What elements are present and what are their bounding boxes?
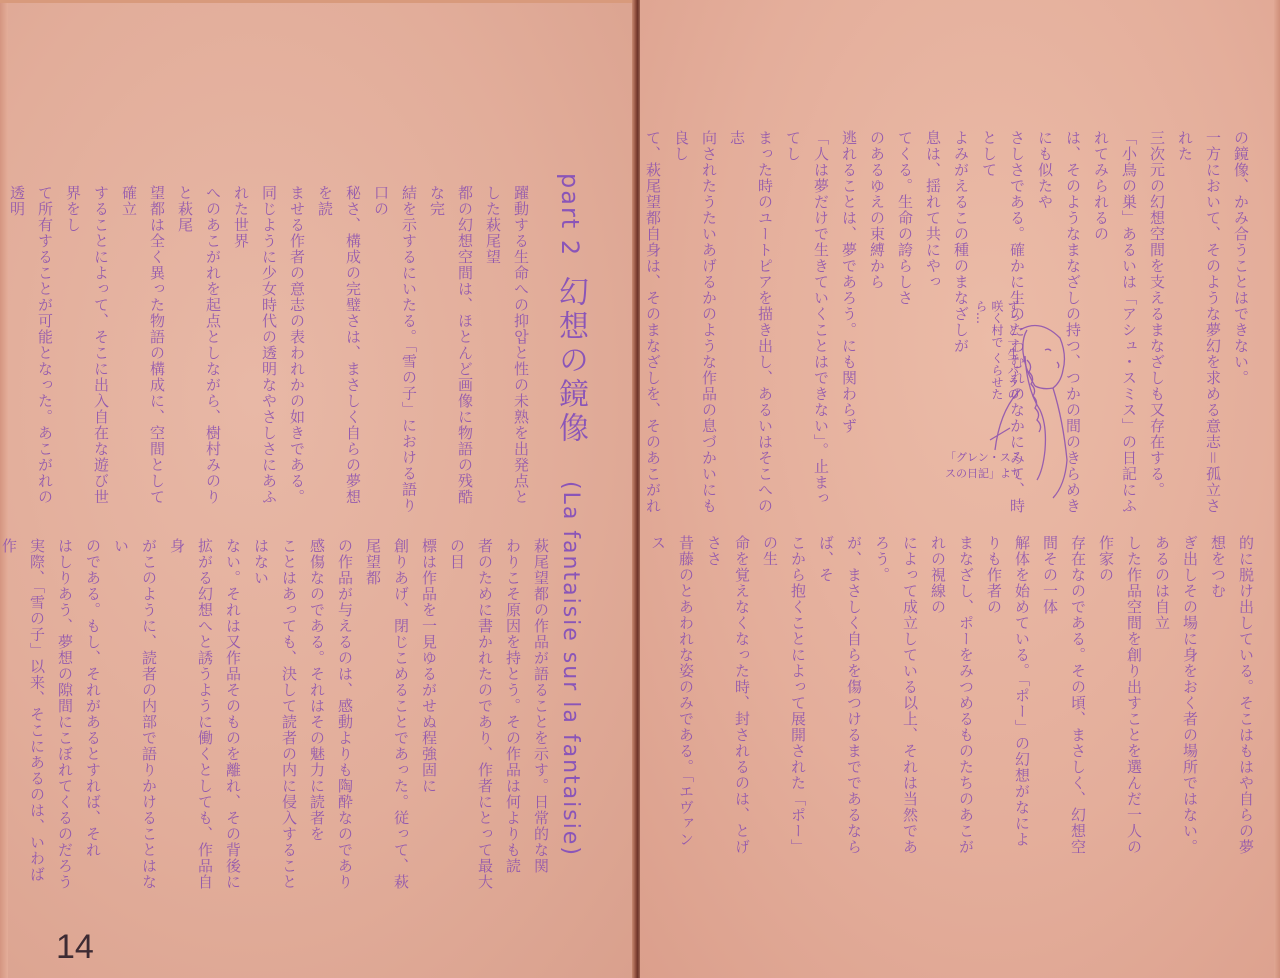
text-column: て所有することが可能となった。あこがれの透明 (3, 185, 59, 515)
text-column: ない。それは又作品そのものを離れ、その背後に (219, 538, 247, 898)
right-lower-text-block: 的に脱け出している。そこはもはや自らの夢想をつむぎ出しその場に身をおく者の場所で… (720, 535, 1260, 855)
illustration-caption: 「グレン・スミスの日記」より (945, 450, 1025, 482)
text-column: した作品空間を創り出すことを選んだ一人の作家の (1092, 535, 1148, 855)
text-column: ませる作者の意志の表われかの如きである。 (283, 185, 311, 515)
text-column: わりこそ原因を持とう。その作品は何よりも読 (499, 538, 527, 898)
text-column: 標は作品を一見ゆるがせぬ程強固に (415, 538, 443, 898)
text-column: 拡がる幻想へと誘うように働くとしても、作品自身 (163, 538, 219, 898)
left-upper-text-block: 躍動する生命への抑압と性の未熟を出発点とした萩尾望都の幻想空間は、ほとんど画像に… (60, 185, 535, 515)
text-column: 的に脱け出している。そこはもはや自らの夢想をつむ (1204, 535, 1260, 855)
left-page: part 2 幻想の鏡像 (La fantaisie sur la fantai… (0, 0, 634, 978)
girl-illustration: ずっと一生 バラの咲く村で くらせたら… 「グレン・スミスの日記」より (965, 300, 1085, 500)
text-column: て、萩尾望都自身は、そのまなざしを、そのあこがれを (640, 130, 667, 520)
text-column: 三次元の幻想空間を支えるまなざしも又存在する。 (1143, 130, 1171, 520)
text-column: 萩尾望都の作品が語ることを示す。日常的な関 (527, 538, 555, 898)
text-column: 向されたうたいあげるかのような作品の息づかいにも良し (667, 130, 723, 520)
title-subtitle: (La fantaisie sur la fantaisie) (558, 481, 583, 857)
booklet-spread: part 2 幻想の鏡像 (La fantaisie sur la fantai… (0, 0, 1280, 978)
title-part-label: part 2 (556, 173, 584, 257)
text-column: によって成立している以上、それは当然であろう。 (868, 535, 924, 855)
text-column: へのあこがれを起点としながら、樹村みのりと萩尾 (171, 185, 227, 515)
text-column: における「ポー」は、又かつてのように無垢なるもの (640, 535, 644, 855)
text-column: することによって、そこに出入自在な遊び世界をし (59, 185, 115, 515)
text-column: が、まさしく自らを傷つけるまでであるならば、そ (812, 535, 868, 855)
text-column: ぎ出しその場に身をおく者の場所ではない。あるのは自立 (1148, 535, 1204, 855)
text-column: まった時のユートピアを描き出し、あるいはそこへの志 (723, 130, 779, 520)
text-column: 都の幻想空間は、ほとんど画像に物語の残酷な完 (423, 185, 479, 515)
text-column: 息は、揺れて共にやっ (919, 130, 947, 520)
text-column: のあるゆえの束縛から (863, 130, 891, 520)
text-column: 逃れることは、夢であろう。にも関わらず (835, 130, 863, 520)
text-column: 感傷なのである。それはその魅力に読者を (303, 538, 331, 898)
illustration-speech: ずっと一生 バラの咲く村で くらせたら… (973, 300, 1021, 410)
text-column: がこのように、読者の内部で語りかけることはない (107, 538, 163, 898)
text-column: 秘さ、構成の完璧さは、まさしく自らの夢想を読 (311, 185, 367, 515)
text-column: てくる。生命の誇らしさ (891, 130, 919, 520)
text-column: はしりあう、夢想の隙間にこぼれてくるのだろう (51, 538, 79, 898)
text-column: 一方において、そのような夢幻を求める意志＝孤立された (1171, 130, 1227, 520)
page-number: 14 (56, 928, 94, 967)
text-column: 望都は全く異った物語の構成に、空間として確立 (115, 185, 171, 515)
text-column: 存在なのである。その頃、まさしく、幻想空間その一体 (1036, 535, 1092, 855)
right-page: の鏡像、かみ合うことはできない。一方において、そのような夢幻を求める意志＝孤立さ… (640, 0, 1280, 978)
text-column: こから抱くことによって展開された「ポー」の生 (756, 535, 812, 855)
text-column: 結を示するにいたる。「雪の子」における語り口の (367, 185, 423, 515)
text-column: 者のために書かれたのであり、作者にとって最大の目 (443, 538, 499, 898)
text-column: 同じように少女時代の透明なやさしさにあふれた世界 (227, 185, 283, 515)
text-column: まなざし、ポーをみつめるものたちのあこがれの視線の (924, 535, 980, 855)
text-column: 命を覚えなくなった時、封されるのは、とげささ (700, 535, 756, 855)
text-column: のである。もし、それがあるとすれば、それ (79, 538, 107, 898)
text-column: 躍動する生命への抑압と性の未熟を出発点とした萩尾望 (479, 185, 535, 515)
left-lower-text-block: 萩尾望都の作品が語ることを示す。日常的な関わりこそ原因を持とう。その作品は何より… (55, 538, 555, 898)
text-column: 昔藤のとあわれな姿のみである。「エヴァンス (644, 535, 700, 855)
title-heading: 幻想の鏡像 (553, 276, 588, 446)
text-column: 実際、「雪の子」以来、そこにあるのは、いわば作 (0, 538, 51, 898)
text-column: の作品が与えるのは、感動よりも陶酔なのであり (331, 538, 359, 898)
text-column: 「小鳥の巣」あるいは「アシュ・スミス」の日記にふれてみられるの (1087, 130, 1143, 520)
text-column: ことはあっても、決して読者の内に侵入することはない (247, 538, 303, 898)
text-column: 「人は夢だけで生きていくことはできない」。止まってし (779, 130, 835, 520)
text-column: 解体を始めている。「ポー」の幻想がなによりも作者の (980, 535, 1036, 855)
text-column: さは、そこに閉じこめられることによって作者をつき (0, 185, 3, 515)
text-column: 創りあげ、閉じこめることであった。従って、萩尾望都 (359, 538, 415, 898)
text-column: の鏡像、かみ合うことはできない。 (1227, 130, 1255, 520)
right-page-edge (1274, 0, 1280, 978)
